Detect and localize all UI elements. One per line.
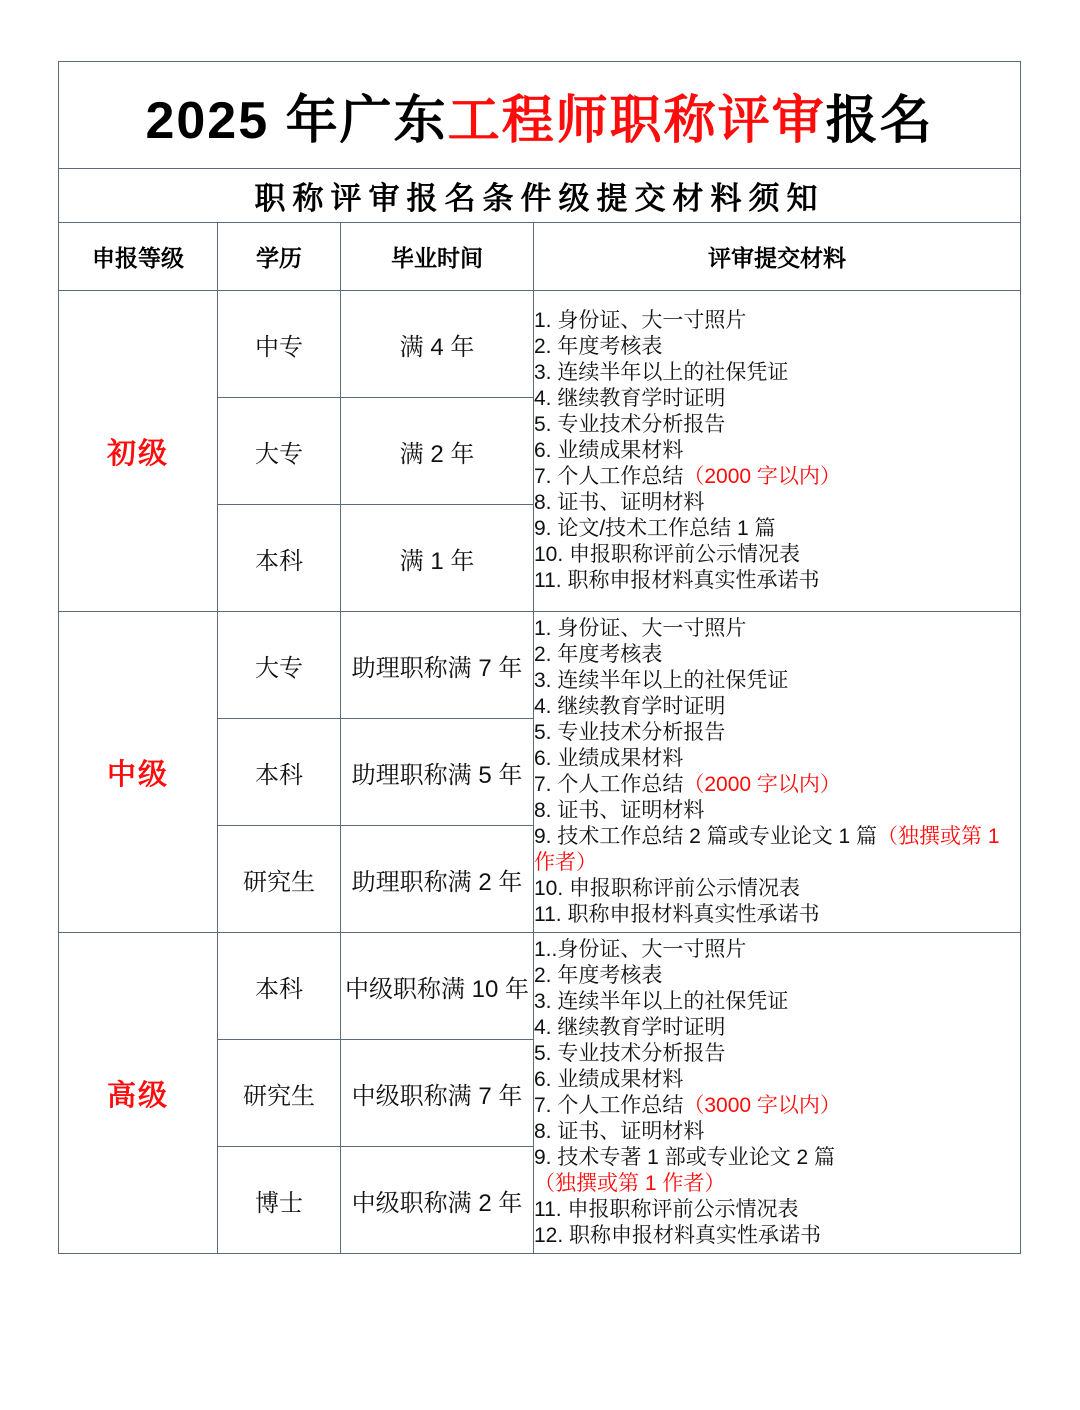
material-segment: 7. 个人工作总结 xyxy=(534,773,683,796)
title-segment-black-2: 报名 xyxy=(826,92,934,150)
material-line: 7. 个人工作总结（2000 字以内） xyxy=(534,464,1020,490)
material-segment-red: （2000 字以内） xyxy=(683,773,841,796)
graduation-time-cell: 助理职称满 7 年 xyxy=(341,612,534,719)
education-cell: 中专 xyxy=(218,291,341,398)
material-segment: 10. 申报职称评前公示情况表 xyxy=(534,877,800,900)
graduation-time-cell: 助理职称满 5 年 xyxy=(341,719,534,826)
education-cell: 研究生 xyxy=(218,1040,341,1147)
material-line: 2. 年度考核表 xyxy=(534,963,1020,989)
material-segment: 7. 个人工作总结 xyxy=(534,1094,683,1117)
material-segment: 10. 申报职称评前公示情况表 xyxy=(534,543,800,566)
material-segment-red: （2000 字以内） xyxy=(683,465,841,488)
material-segment: 8. 证书、证明材料 xyxy=(534,799,704,822)
education-cell: 本科 xyxy=(218,933,341,1040)
material-segment: 9. 论文/技术工作总结 1 篇 xyxy=(534,517,776,540)
material-line: 4. 继续教育学时证明 xyxy=(534,386,1020,412)
material-segment: 3. 连续半年以上的社保凭证 xyxy=(534,669,788,692)
material-line: 2. 年度考核表 xyxy=(534,334,1020,360)
material-segment: 4. 继续教育学时证明 xyxy=(534,695,725,718)
material-segment: 3. 连续半年以上的社保凭证 xyxy=(534,990,788,1013)
material-line: 1..身份证、大一寸照片 xyxy=(534,937,1020,963)
graduation-time-cell: 助理职称满 2 年 xyxy=(341,826,534,933)
material-line: 9. 技术工作总结 2 篇或专业论文 1 篇（独撰或第 1 作者） xyxy=(534,824,1020,876)
material-segment: 6. 业绩成果材料 xyxy=(534,1068,683,1091)
page-title: 2025 年广东工程师职称评审报名 xyxy=(59,62,1021,169)
materials-cell: 1..身份证、大一寸照片2. 年度考核表3. 连续半年以上的社保凭证4. 继续教… xyxy=(534,933,1021,1254)
material-line: 1. 身份证、大一寸照片 xyxy=(534,616,1020,642)
material-segment: 2. 年度考核表 xyxy=(534,964,662,987)
education-cell: 本科 xyxy=(218,719,341,826)
material-line: 11. 职称申报材料真实性承诺书 xyxy=(534,902,1020,928)
material-line: 12. 职称申报材料真实性承诺书 xyxy=(534,1223,1020,1249)
table-row: 高级本科中级职称满 10 年1..身份证、大一寸照片2. 年度考核表3. 连续半… xyxy=(59,933,1021,1040)
material-segment: 5. 专业技术分析报告 xyxy=(534,413,725,436)
education-cell: 大专 xyxy=(218,612,341,719)
material-line: 2. 年度考核表 xyxy=(534,642,1020,668)
education-cell: 大专 xyxy=(218,398,341,505)
title-segment-red: 工程师职称评审 xyxy=(448,92,826,150)
material-segment: 6. 业绩成果材料 xyxy=(534,747,683,770)
material-line: 4. 继续教育学时证明 xyxy=(534,1015,1020,1041)
material-line: 5. 专业技术分析报告 xyxy=(534,1041,1020,1067)
material-segment: 9. 技术工作总结 2 篇或专业论文 1 篇 xyxy=(534,825,877,848)
material-segment: 4. 继续教育学时证明 xyxy=(534,387,725,410)
material-line: 8. 证书、证明材料 xyxy=(534,798,1020,824)
material-line: 6. 业绩成果材料 xyxy=(534,1067,1020,1093)
material-line: 3. 连续半年以上的社保凭证 xyxy=(534,360,1020,386)
graduation-time-cell: 中级职称满 10 年 xyxy=(341,933,534,1040)
table-row: 中级大专助理职称满 7 年1. 身份证、大一寸照片2. 年度考核表3. 连续半年… xyxy=(59,612,1021,719)
material-segment: 8. 证书、证明材料 xyxy=(534,491,704,514)
education-cell: 本科 xyxy=(218,505,341,612)
material-line: 10. 申报职称评前公示情况表 xyxy=(534,542,1020,568)
graduation-time-cell: 中级职称满 7 年 xyxy=(341,1040,534,1147)
material-line: 5. 专业技术分析报告 xyxy=(534,412,1020,438)
material-segment: 4. 继续教育学时证明 xyxy=(534,1016,725,1039)
graduation-time-cell: 满 2 年 xyxy=(341,398,534,505)
material-segment: 9. 技术专著 1 部或专业论文 2 篇 xyxy=(534,1146,835,1169)
material-segment-red: （3000 字以内） xyxy=(683,1094,841,1117)
material-line: 6. 业绩成果材料 xyxy=(534,746,1020,772)
graduation-time-cell: 满 1 年 xyxy=(341,505,534,612)
material-line: 9. 技术专著 1 部或专业论文 2 篇（独撰或第 1 作者） xyxy=(534,1145,1020,1197)
title-segment-black-1: 2025 年广东 xyxy=(145,92,447,150)
material-segment: 11. 职称申报材料真实性承诺书 xyxy=(534,903,819,926)
material-segment-red: （独撰或第 1 作者） xyxy=(534,1172,725,1195)
material-segment: 3. 连续半年以上的社保凭证 xyxy=(534,361,788,384)
material-line: 8. 证书、证明材料 xyxy=(534,1119,1020,1145)
graduation-time-cell: 中级职称满 2 年 xyxy=(341,1147,534,1254)
material-line: 3. 连续半年以上的社保凭证 xyxy=(534,668,1020,694)
material-segment: 8. 证书、证明材料 xyxy=(534,1120,704,1143)
material-segment: 5. 专业技术分析报告 xyxy=(534,721,725,744)
education-cell: 研究生 xyxy=(218,826,341,933)
header-materials: 评审提交材料 xyxy=(534,223,1021,291)
material-segment: 1. 身份证、大一寸照片 xyxy=(534,309,746,332)
material-line: 7. 个人工作总结（3000 字以内） xyxy=(534,1093,1020,1119)
material-line: 6. 业绩成果材料 xyxy=(534,438,1020,464)
title-evaluation-table: 2025 年广东工程师职称评审报名 职称评审报名条件级提交材料须知 申报等级 学… xyxy=(58,61,1021,1254)
material-line: 10. 申报职称评前公示情况表 xyxy=(534,876,1020,902)
graduation-time-cell: 满 4 年 xyxy=(341,291,534,398)
material-segment: 2. 年度考核表 xyxy=(534,643,662,666)
table-row: 初级中专满 4 年1. 身份证、大一寸照片2. 年度考核表3. 连续半年以上的社… xyxy=(59,291,1021,398)
material-line: 11. 职称申报材料真实性承诺书 xyxy=(534,568,1020,594)
material-line: 8. 证书、证明材料 xyxy=(534,490,1020,516)
material-line: 7. 个人工作总结（2000 字以内） xyxy=(534,772,1020,798)
materials-cell: 1. 身份证、大一寸照片2. 年度考核表3. 连续半年以上的社保凭证4. 继续教… xyxy=(534,612,1021,933)
material-line: 1. 身份证、大一寸照片 xyxy=(534,308,1020,334)
material-segment: 2. 年度考核表 xyxy=(534,335,662,358)
level-cell: 中级 xyxy=(59,612,218,933)
material-segment: 7. 个人工作总结 xyxy=(534,465,683,488)
level-cell: 初级 xyxy=(59,291,218,612)
level-cell: 高级 xyxy=(59,933,218,1254)
material-segment: 1..身份证、大一寸照片 xyxy=(534,938,746,961)
header-education: 学历 xyxy=(218,223,341,291)
material-segment: 1. 身份证、大一寸照片 xyxy=(534,617,746,640)
header-application-level: 申报等级 xyxy=(59,223,218,291)
material-line: 3. 连续半年以上的社保凭证 xyxy=(534,989,1020,1015)
page-subtitle: 职称评审报名条件级提交材料须知 xyxy=(59,169,1021,223)
material-line: 4. 继续教育学时证明 xyxy=(534,694,1020,720)
material-segment: 12. 职称申报材料真实性承诺书 xyxy=(534,1224,821,1247)
material-segment: 11. 职称申报材料真实性承诺书 xyxy=(534,569,819,592)
material-segment: 6. 业绩成果材料 xyxy=(534,439,683,462)
materials-cell: 1. 身份证、大一寸照片2. 年度考核表3. 连续半年以上的社保凭证4. 继续教… xyxy=(534,291,1021,612)
material-line: 9. 论文/技术工作总结 1 篇 xyxy=(534,516,1020,542)
header-graduation-time: 毕业时间 xyxy=(341,223,534,291)
material-line: 5. 专业技术分析报告 xyxy=(534,720,1020,746)
material-segment: 5. 专业技术分析报告 xyxy=(534,1042,725,1065)
material-segment: 11. 申报职称评前公示情况表 xyxy=(534,1198,798,1221)
notice-sheet: 2025 年广东工程师职称评审报名 职称评审报名条件级提交材料须知 申报等级 学… xyxy=(0,0,1080,1410)
education-cell: 博士 xyxy=(218,1147,341,1254)
material-line: 11. 申报职称评前公示情况表 xyxy=(534,1197,1020,1223)
